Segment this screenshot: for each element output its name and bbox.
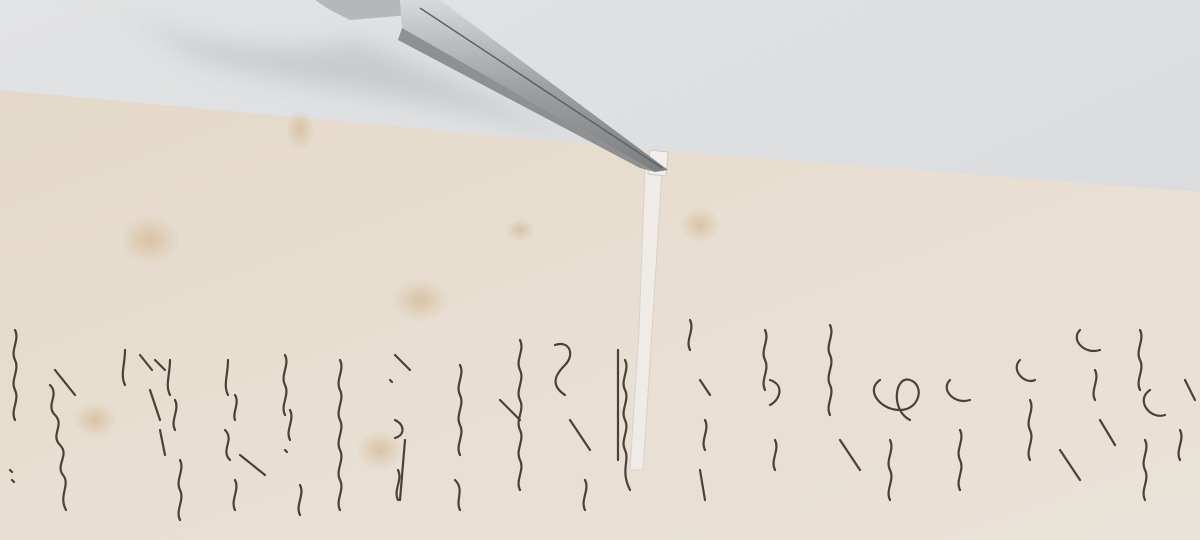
photo-scene — [0, 0, 1200, 540]
scene-illustration — [0, 0, 1200, 540]
